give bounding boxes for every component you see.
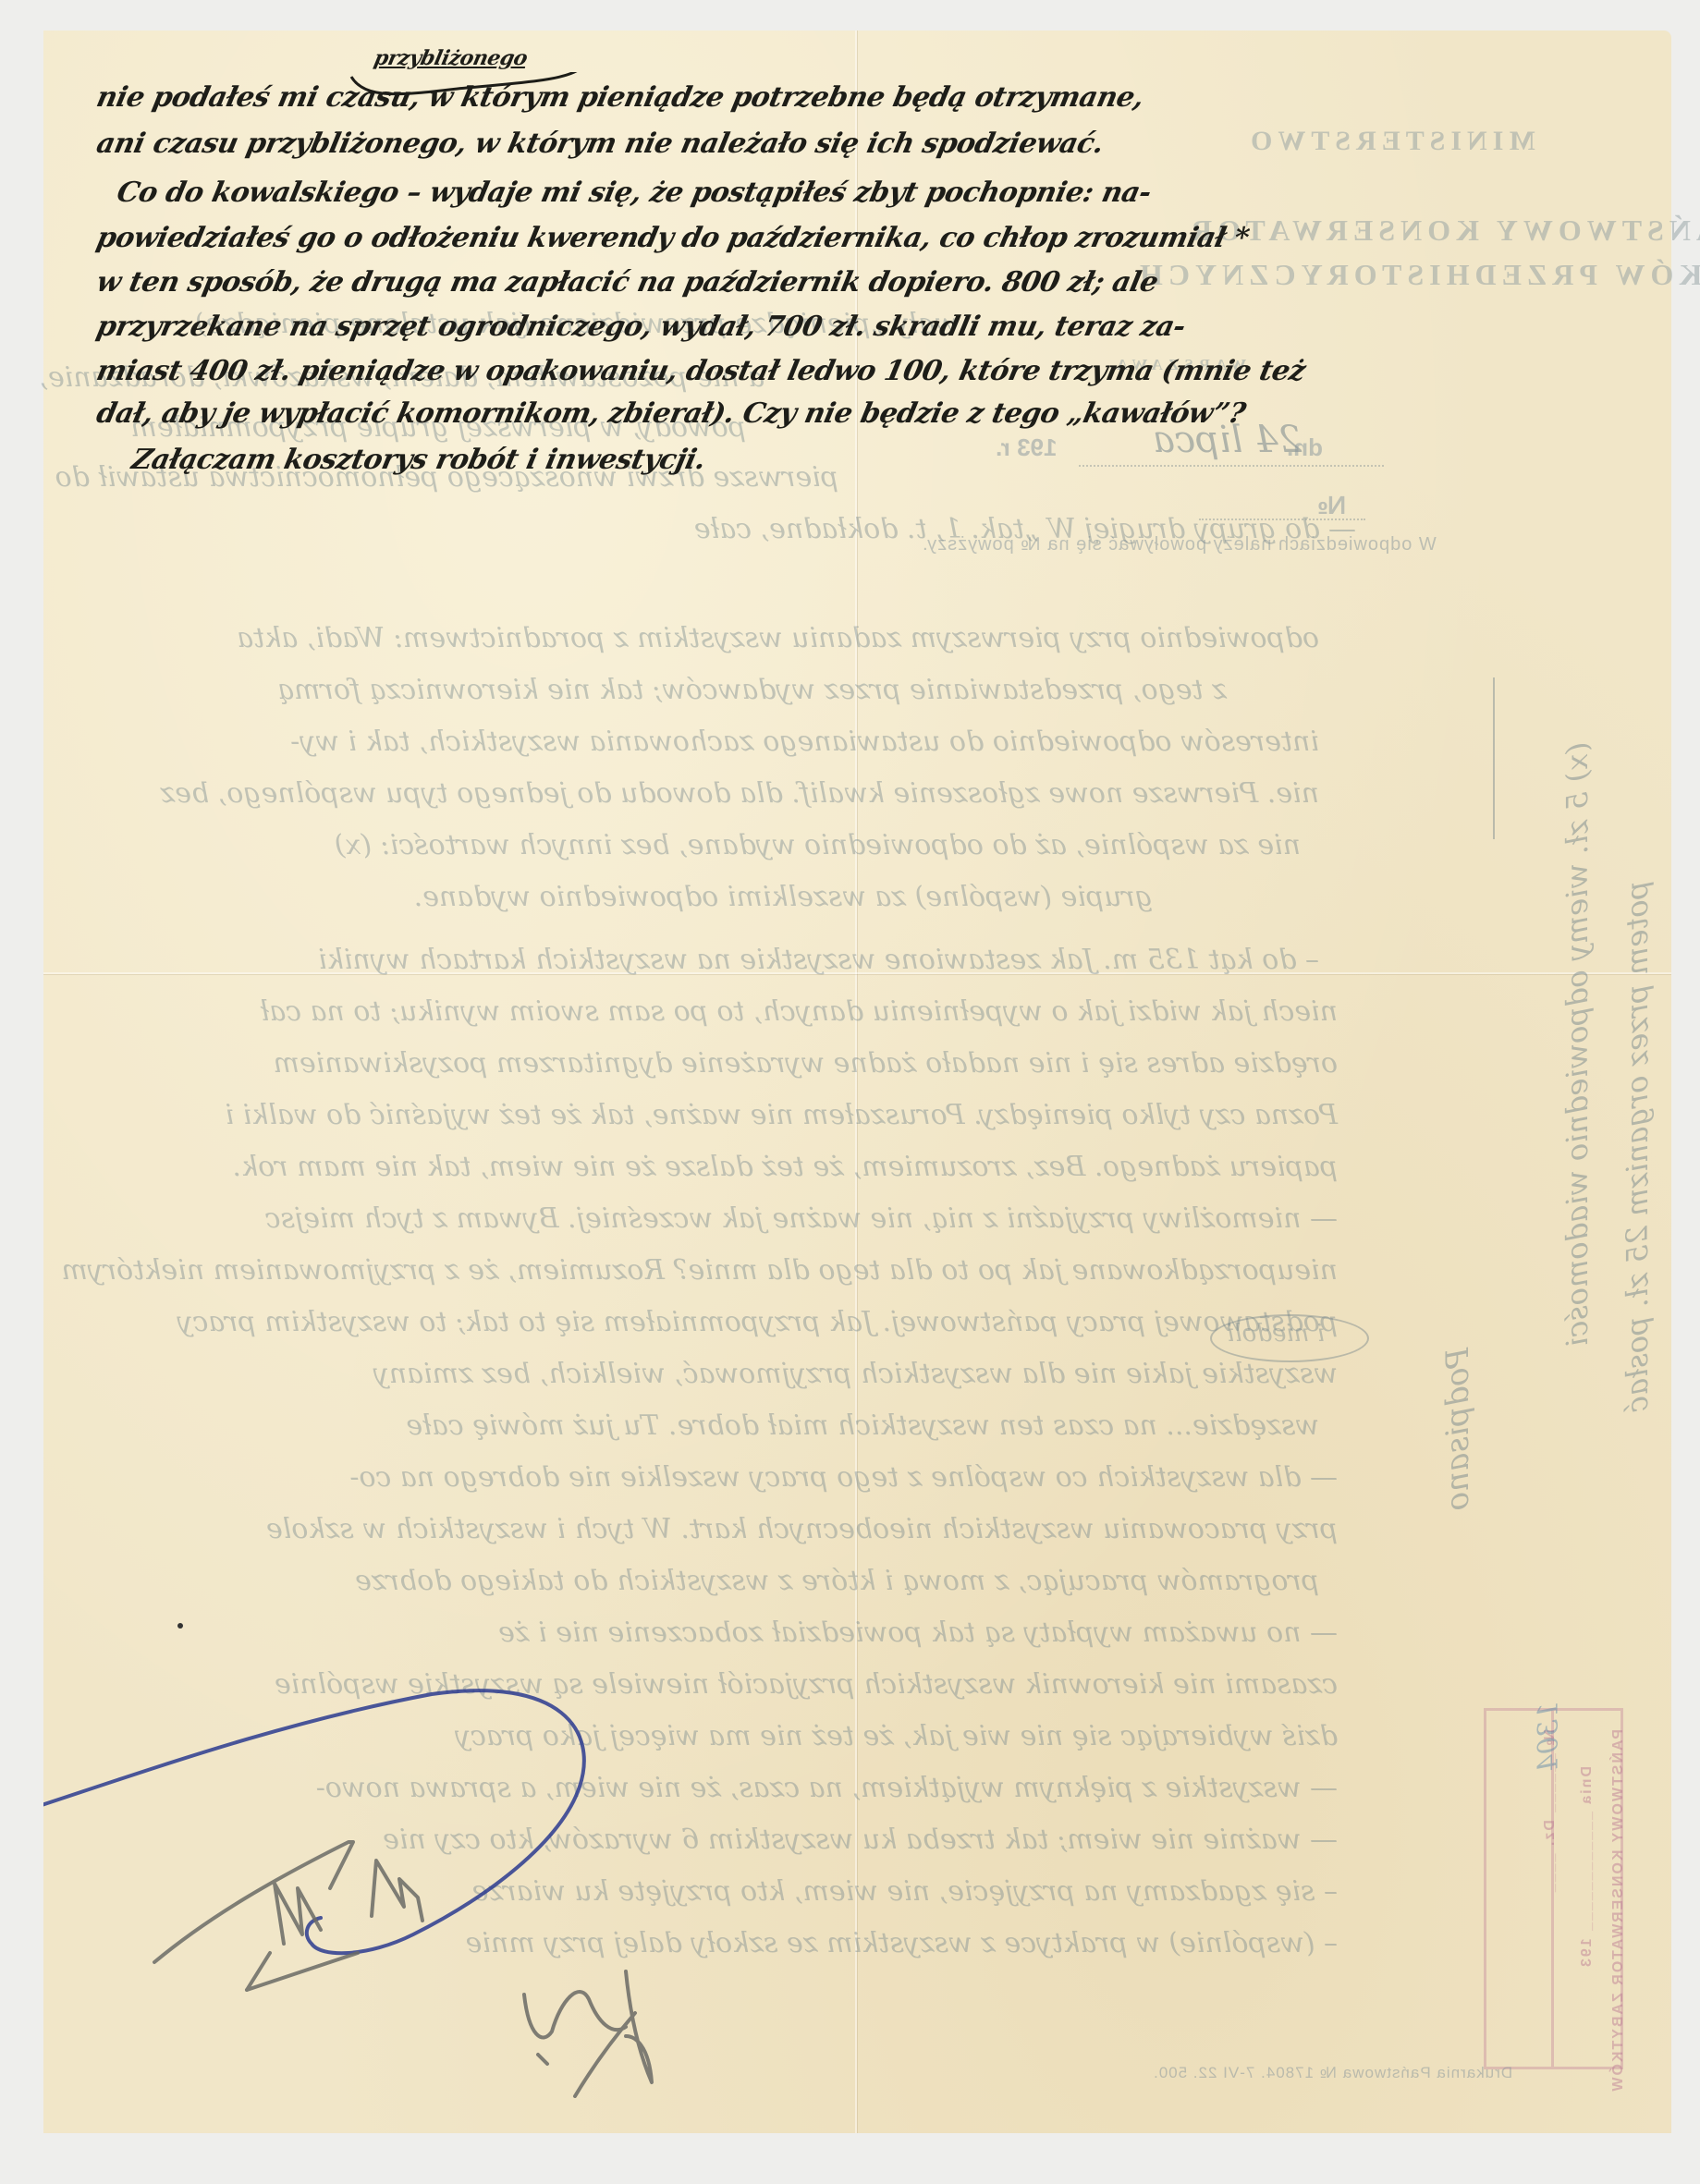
pencil-mark-bz: [487, 1944, 672, 2110]
ink-spot: [177, 1623, 183, 1629]
letterhead-conservator: PAŃSTWOWY KONSERWATOR: [1185, 214, 1700, 248]
margin-annotation-2: potem przez organizm 25 zł. posłać: [1620, 881, 1655, 1412]
stamp-line-1: PAŃSTWOWY KONSERWATOR ZABYTKÓW: [1610, 1729, 1627, 2093]
letter-line-9: Załączam kosztorys robót i inwestycji.: [128, 444, 708, 476]
pencil-mark-mm: [117, 1814, 441, 2018]
stamp-handwritten-number: 1304: [1533, 1702, 1565, 1772]
letter-line-5: w ten sposób, że drugą ma zapłacić na pa…: [93, 266, 1161, 299]
paper-sheet: MINISTERSTWO PAŃSTWOWY KONSERWATOR ZABYT…: [43, 31, 1671, 2133]
letter-line-1: nie podałeś mi czasu, w którym pieniądze…: [93, 81, 1146, 114]
letter-line-2: ani czasu przybliżonego, w którym nie na…: [93, 128, 1107, 160]
letter-line-8: dał, aby je wypłacić komornikom, zbierał…: [93, 397, 1248, 430]
letter-line-3: Co do kowalskiego – wydaje mi się, że po…: [114, 177, 1154, 209]
margin-signature: Podpisano: [1439, 1348, 1476, 1510]
margin-annotation-1: (x) 5 zł. wiemy odpowiednio wiadomości: [1559, 742, 1595, 1347]
stamp-line-2: Dnia ____________ 193: [1579, 1766, 1596, 1969]
letter-line-6: przyrzekane na sprzęt ogrodniczego, wyda…: [93, 311, 1188, 343]
letter-line-4: powiedziałeś go o odłożeniu kwerendy do …: [93, 222, 1252, 254]
registry-stamp: PAŃSTWOWY KONSERWATOR ZABYTKÓW Dnia ____…: [1484, 1708, 1623, 2069]
letterhead-monuments: ZABYTKÓW PRZEDHISTORYCZNYCH: [1134, 258, 1700, 292]
printer-footer: Drukarnia Państwowa № 17804. 7-VI 22. 50…: [1153, 2064, 1512, 2082]
letter-line-7: miast 400 zł. pieniądze w opakowaniu, do…: [93, 355, 1308, 387]
circled-word: i niedoli: [1227, 1320, 1325, 1348]
letterhead-ministry: MINISTERSTWO: [1245, 126, 1535, 157]
margin-vertical-rule: [1493, 677, 1495, 839]
insertion-above-line: przybliżonego: [372, 46, 530, 70]
